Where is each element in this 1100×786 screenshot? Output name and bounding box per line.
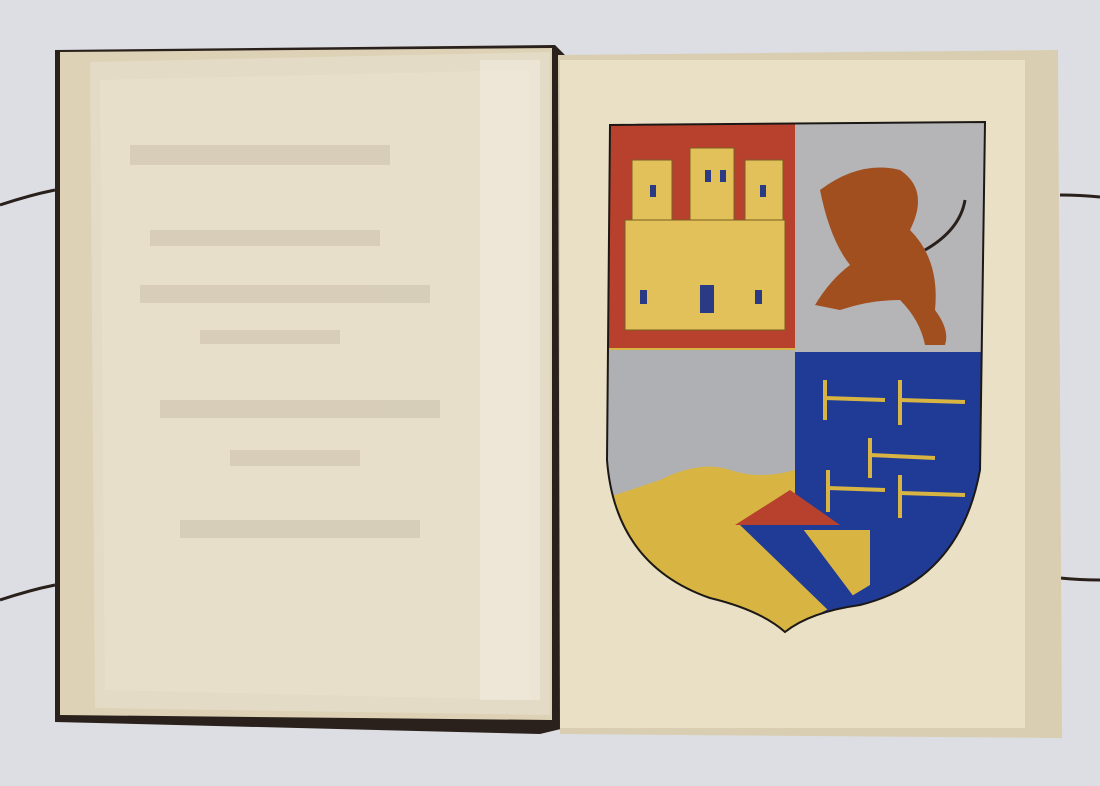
manuscript-illustration	[0, 0, 1100, 786]
book-scene	[0, 0, 1100, 786]
